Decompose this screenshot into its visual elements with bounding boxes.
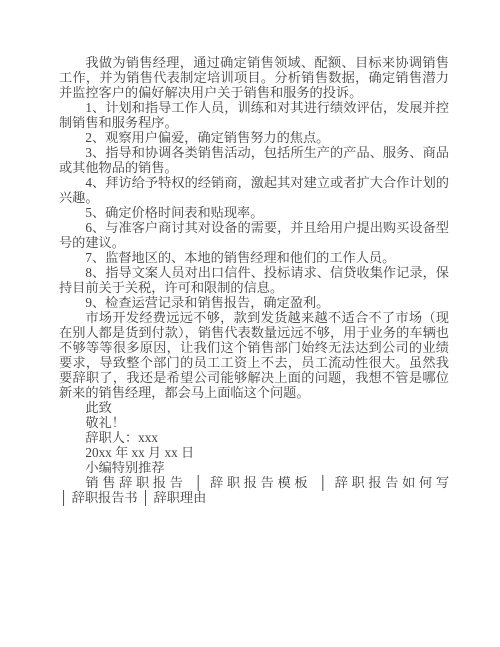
- duty-item-3: 3、指导和协调各类销售活动，包括所生产的产品、服务、商品或其他物品的销售。: [59, 145, 449, 175]
- document-page: 我做为销售经理，通过确定销售领域、配额、目标来协调销售工作，并为销售代表制定培训…: [0, 0, 500, 647]
- recommend-heading: 小编特别推荐: [59, 460, 449, 475]
- duty-item-5: 5、确定价格时间表和贴现率。: [59, 205, 449, 220]
- duty-item-4: 4、拜访给予特权的经销商，激起其对建立或者扩大合作计划的兴趣。: [59, 175, 449, 205]
- duty-item-1: 1、计划和指导工作人员，训练和对其进行绩效评估，发展并控制销售和服务程序。: [59, 100, 449, 130]
- closing-salute: 敬礼！: [59, 415, 449, 430]
- recommend-link: │ 辞职报告模板: [194, 475, 312, 490]
- recommend-link: 销售辞职报告: [85, 475, 186, 490]
- duty-item-2: 2、观察用户偏爱，确定销售努力的焦点。: [59, 130, 449, 145]
- duty-item-6: 6、与准客户商讨其对设备的需要，并且给用户提出购买设备型号的建议。: [59, 220, 449, 250]
- recommend-link: │ 辞职理由: [141, 490, 206, 505]
- recommend-link: │ 辞职报告书: [59, 490, 138, 505]
- closing-respect: 此致: [59, 400, 449, 415]
- recommend-link: │ 辞职报告如何写: [318, 475, 449, 490]
- date-line: 20xx 年 xx 月 xx 日: [59, 445, 449, 460]
- duty-item-8: 8、指导文案人员对出口信件、投标请求、信贷收集作记录，保持目前关于关税，许可和限…: [59, 265, 449, 295]
- paragraph-intro: 我做为销售经理，通过确定销售领域、配额、目标来协调销售工作，并为销售代表制定培训…: [59, 55, 449, 100]
- paragraph-resignation-reason: 市场开发经费远远不够，款到发货越来越不适合不了市场（现在别人都是货到付款），销售…: [59, 310, 449, 400]
- duty-item-9: 9、检查运营记录和销售报告，确定盈利。: [59, 295, 449, 310]
- signature-line: 辞职人：xxx: [59, 430, 449, 445]
- resignation-letter-body: 我做为销售经理，通过确定销售领域、配额、目标来协调销售工作，并为销售代表制定培训…: [59, 55, 449, 505]
- duty-item-7: 7、监督地区的、本地的销售经理和他们的工作人员。: [59, 250, 449, 265]
- recommend-links-row: 销售辞职报告 │ 辞职报告模板 │ 辞职报告如何写 │ 辞职报告书 │ 辞职理由: [59, 475, 449, 505]
